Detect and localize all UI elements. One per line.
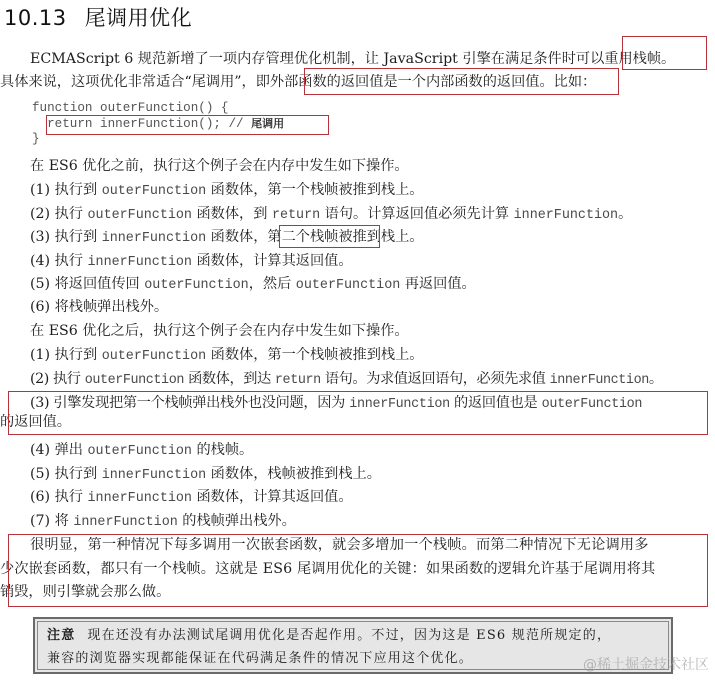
step-text: 函数体，计算其返回值。 — [192, 489, 353, 505]
step-code: innerFunction — [102, 231, 206, 246]
step-code: innerFunction — [514, 208, 618, 223]
note-box: 注意现在还没有办法测试尾调用优化是否起作用。不过，因为这是 ES6 规范所规定的… — [33, 617, 673, 674]
intro-highlight-text: 外部函数的返回值是一个内部函数的返回值。 — [270, 74, 554, 90]
step-text: 再返回值。 — [400, 276, 475, 292]
before-step-3: (3) 执行到 innerFunction 函数体，第二个栈帧被推到栈上。 — [30, 228, 423, 248]
after-step-3-cont: 的返回值。 — [0, 413, 71, 431]
step-text: 的返回值也是 — [450, 395, 542, 411]
after-step-3: (3) 引擎发现把第一个栈帧弹出栈外也没问题，因为 innerFunction … — [30, 394, 642, 414]
step-code: return — [272, 208, 320, 223]
intro-highlight-text: 重用栈帧。 — [604, 51, 675, 67]
after-step-1: (1) 执行到 outerFunction 函数体，第一个栈帧被推到栈上。 — [30, 346, 423, 366]
conclusion-line-1: 很明显，第一种情况下每多调用一次嵌套函数，就会多增加一个栈帧。而第二种情况下无论… — [30, 536, 649, 554]
intro-line-1: ECMAScript 6 规范新增了一项内存管理优化机制，让 JavaScrip… — [30, 50, 675, 68]
before-step-6: (6) 将栈帧弹出栈外。 — [30, 298, 168, 316]
step-text: (4) 执行 — [30, 253, 88, 269]
code-line-2: return innerFunction(); // 尾调用 — [32, 116, 284, 132]
before-step-1: (1) 执行到 outerFunction 函数体，第一个栈帧被推到栈上。 — [30, 181, 423, 201]
intro-text: ECMAScript 6 规范新增了一项内存管理优化机制，让 JavaScrip… — [30, 51, 604, 67]
step-code: outerFunction — [144, 278, 248, 293]
step-text: 函数体，计算其返回值。 — [192, 253, 353, 269]
after-intro: 在 ES6 优化之后，执行这个例子会在内存中发生如下操作。 — [30, 322, 409, 340]
step-code: outerFunction — [542, 397, 643, 412]
step-code: innerFunction — [88, 491, 192, 506]
step-text: (1) 执行到 — [30, 182, 102, 198]
step-text: 。 — [618, 206, 632, 222]
step-code: outerFunction — [85, 373, 184, 388]
step-text: (5) 执行到 — [30, 466, 102, 482]
before-intro: 在 ES6 优化之前，执行这个例子会在内存中发生如下操作。 — [30, 157, 409, 175]
note-label: 注意 — [47, 628, 75, 643]
note-line-2: 兼容的浏览器实现都能保证在代码满足条件的情况下应用这个优化。 — [47, 650, 473, 668]
step-text: 的栈帧。 — [192, 442, 253, 458]
step-text: 语句。计算返回值必须先计算 — [320, 206, 513, 222]
step-text: 。 — [649, 371, 663, 387]
watermark: @稀土掘金技术社区 — [583, 654, 709, 674]
code-line-3: } — [32, 131, 40, 147]
step-text: 函数体，到 — [192, 206, 272, 222]
section-title: 尾调用优化 — [85, 6, 193, 30]
intro-text: 具体来说，这项优化非常适合“尾调用”，即 — [0, 74, 270, 90]
step-code: outerFunction — [296, 278, 400, 293]
conclusion-line-2: 少次嵌套函数，都只有一个栈帧。这就是 ES6 尾调用优化的关键：如果函数的逻辑允… — [0, 560, 655, 578]
before-step-4: (4) 执行 innerFunction 函数体，计算其返回值。 — [30, 252, 353, 272]
step-text: (2) 执行 — [30, 206, 88, 222]
step-text: (3) 执行到 — [30, 229, 102, 245]
step-text: 函数体，第一个栈帧被推到栈上。 — [206, 347, 423, 363]
step-text: (2) 执行 — [30, 371, 85, 387]
section-number: 10.13 — [4, 6, 67, 30]
step-text: (4) 弹出 — [30, 442, 88, 458]
step-text: 函数体，第二个栈帧被推到栈上。 — [206, 229, 423, 245]
step-text: 的栈帧弹出栈外。 — [178, 513, 296, 529]
step-text: 函数体，第一个栈帧被推到栈上。 — [206, 182, 423, 198]
step-text: 语句。为求值返回语句，必须先求值 — [321, 371, 550, 387]
code-text: return innerFunction(); // — [32, 117, 251, 131]
step-text: ，然后 — [249, 276, 296, 292]
after-step-7: (7) 将 innerFunction 的栈帧弹出栈外。 — [30, 512, 296, 532]
step-code: innerFunction — [550, 373, 649, 388]
step-code: outerFunction — [88, 444, 192, 459]
after-step-5: (5) 执行到 innerFunction 函数体，栈帧被推到栈上。 — [30, 465, 381, 485]
after-step-4: (4) 弹出 outerFunction 的栈帧。 — [30, 441, 253, 461]
after-step-6: (6) 执行 innerFunction 函数体，计算其返回值。 — [30, 488, 353, 508]
intro-line-2: 具体来说，这项优化非常适合“尾调用”，即外部函数的返回值是一个内部函数的返回值。… — [0, 73, 596, 91]
step-code: innerFunction — [73, 515, 177, 530]
after-step-2: (2) 执行 outerFunction 函数体，到达 return 语句。为求… — [30, 370, 663, 390]
note-line-1: 注意现在还没有办法测试尾调用优化是否起作用。不过，因为这是 ES6 规范所规定的… — [47, 627, 611, 645]
step-text: (5) 将返回值传回 — [30, 276, 144, 292]
code-comment: 尾调用 — [251, 117, 284, 130]
intro-text: 比如： — [554, 74, 597, 90]
step-code: outerFunction — [88, 208, 192, 223]
step-text: 函数体，到达 — [184, 371, 275, 387]
step-code: return — [275, 373, 321, 388]
step-code: outerFunction — [102, 349, 206, 364]
code-line-1: function outerFunction() { — [32, 100, 229, 116]
step-text: (7) 将 — [30, 513, 73, 529]
step-text: (1) 执行到 — [30, 347, 102, 363]
step-text: (6) 执行 — [30, 489, 88, 505]
conclusion-line-3: 销毁，则引擎就会那么做。 — [0, 583, 170, 601]
before-step-5: (5) 将返回值传回 outerFunction，然后 outerFunctio… — [30, 275, 476, 295]
section-heading: 10.13尾调用优化 — [4, 2, 192, 32]
step-text: (3) 引擎发现把第一个栈帧弹出栈外也没问题，因为 — [30, 395, 349, 411]
step-code: innerFunction — [102, 468, 206, 483]
step-code: innerFunction — [349, 397, 450, 412]
note-text: 现在还没有办法测试尾调用优化是否起作用。不过，因为这是 ES6 规范所规定的， — [87, 628, 611, 643]
step-text: 函数体，栈帧被推到栈上。 — [206, 466, 381, 482]
before-step-2: (2) 执行 outerFunction 函数体，到 return 语句。计算返… — [30, 205, 632, 225]
step-code: outerFunction — [102, 184, 206, 199]
step-code: innerFunction — [88, 255, 192, 270]
